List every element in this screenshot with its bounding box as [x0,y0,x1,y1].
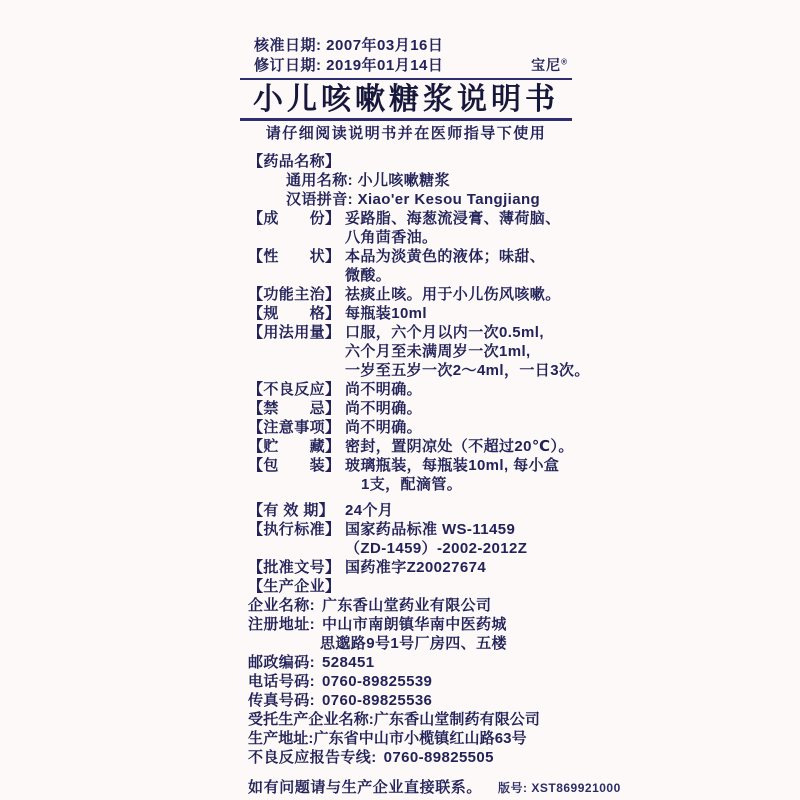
company-label: 注册地址: [248,616,315,633]
company-section: 企业名称:广东香山堂药业有限公司 注册地址:中山市南朗镇华南中医药城 思邈路9号… [240,596,572,767]
entries-section: 【药品名称】 通用名称: 小儿咳嗽糖浆 汉语拼音: Xiao'er Kesou … [240,152,572,596]
entry-row-ingredients-cont: 八角茴香油。 [248,228,572,247]
production-address-row: 生产地址:广东省中山市小榄镇红山路63号 [248,729,572,748]
entry-label: 【有 效 期】 [248,501,345,520]
company-value: 0760-89825536 [322,692,432,709]
entry-row-packaging: 【包 装】玻璃瓶装，每瓶装10ml, 每小盒 [248,456,572,475]
entry-row-manufacturer-header: 【生产企业】 [248,577,572,596]
entry-text: 尚不明确。 [345,418,422,437]
entry-text: 八角茴香油。 [345,228,437,247]
revised-date: 修订日期: 2019年01月14日 [254,56,572,76]
company-label: 受托生产企业名称: [248,711,374,728]
entry-row-standard-cont: （ZD-1459）-2002-2012Z [248,539,572,558]
entry-label: 【不良反应】 [248,380,345,399]
entry-text: 玻璃瓶装，每瓶装10ml, 每小盒 [345,456,559,475]
entry-row-contraindications: 【禁 忌】尚不明确。 [248,399,572,418]
entry-row-adverse-reactions: 【不良反应】尚不明确。 [248,380,572,399]
company-value: 广东香山堂药业有限公司 [322,597,491,614]
entry-text: 国家药品标准 WS-11459 [345,520,515,539]
company-name-row: 企业名称:广东香山堂药业有限公司 [248,596,572,615]
entry-text: 24个月 [345,501,393,520]
entry-label: 【注意事项】 [248,418,345,437]
contact-note: 如有问题请与生产企业直接联系。 [248,776,482,797]
divider-top [240,78,572,80]
entry-text: 尚不明确。 [345,380,422,399]
entry-row-dosage-cont2: 一岁至五岁一次2～4ml，一日3次。 [248,361,572,380]
entry-row-standard: 【执行标准】国家药品标准 WS-11459 [248,520,572,539]
entry-label: 【性 状】 [248,247,345,266]
brand-name: 宝尼 [531,57,561,73]
entry-label: 【成 份】 [248,209,345,228]
entry-label: 【贮 藏】 [248,437,345,456]
phone-row: 电话号码:0760-89825539 [248,672,572,691]
entry-label: 【药品名称】 [248,152,345,171]
company-value: 思邈路9号1号厂房四、五楼 [320,635,507,652]
entry-label: 【包 装】 [248,456,345,475]
entry-label: 【用法用量】 [248,323,345,342]
entry-row-ingredients: 【成 份】妥路脂、海葱流浸膏、薄荷脑、 [248,209,572,228]
entry-text: 1支，配滴管。 [361,475,462,494]
company-label: 邮政编码: [248,654,315,671]
entry-text: 微酸。 [345,266,391,285]
entry-label: 【禁 忌】 [248,399,345,418]
entry-row-dosage-cont1: 六个月至未满周岁一次1ml, [248,342,572,361]
registered-mark-icon: ® [561,57,568,66]
entry-row-description: 【性 状】本品为淡黄色的液体；味甜、 [248,247,572,266]
registered-address-cont-row: 思邈路9号1号厂房四、五楼 [248,634,572,653]
company-label: 传真号码: [248,692,315,709]
read-instruction-notice: 请仔细阅读说明书并在医师指导下使用 [240,121,572,147]
company-label: 生产地址: [248,730,314,747]
entry-label: 【执行标准】 [248,520,345,539]
entry-text: 本品为淡黄色的液体；味甜、 [345,247,545,266]
entry-text: 祛痰止咳。用于小儿伤风咳嗽。 [345,285,561,304]
company-label: 不良反应报告专线: [248,749,377,766]
entry-text: 六个月至未满周岁一次1ml, [345,342,531,361]
entry-row-indications: 【功能主治】祛痰止咳。用于小儿伤风咳嗽。 [248,285,572,304]
company-label: 企业名称: [248,597,315,614]
entry-row-drug-name: 【药品名称】 [248,152,572,171]
header-dates: 核准日期: 2007年03月16日 修订日期: 2019年01月14日 宝尼® [240,36,572,76]
company-value: 中山市南朗镇华南中医药城 [322,616,507,633]
leaflet-sheet: 核准日期: 2007年03月16日 修订日期: 2019年01月14日 宝尼® … [240,36,572,797]
entry-text: 汉语拼音: Xiao'er Kesou Tangjiang [286,190,540,209]
company-value: 0760-89825539 [322,673,432,690]
entry-row-precautions: 【注意事项】尚不明确。 [248,418,572,437]
entry-row-shelf-life: 【有 效 期】24个月 [248,501,572,520]
entry-row-storage: 【贮 藏】密封，置阴凉处（不超过20℃）。 [248,437,572,456]
registered-address-row: 注册地址:中山市南朗镇华南中医药城 [248,615,572,634]
brand-logo: 宝尼® [531,55,568,75]
entry-text: 一岁至五岁一次2～4ml，一日3次。 [345,361,590,380]
approved-date: 核准日期: 2007年03月16日 [254,36,572,56]
entrusted-manufacturer-row: 受托生产企业名称:广东香山堂制药有限公司 [248,710,572,729]
entry-row-packaging-cont: 1支，配滴管。 [248,475,572,494]
company-label: 电话号码: [248,673,315,690]
entry-text: 尚不明确。 [345,399,422,418]
entry-label: 【批准文号】 [248,558,345,577]
version-number: 版号: XST869921000 [498,779,621,796]
leaflet-page: 核准日期: 2007年03月16日 修订日期: 2019年01月14日 宝尼® … [0,0,800,800]
postal-code-row: 邮政编码:528451 [248,653,572,672]
adverse-reaction-hotline-row: 不良反应报告专线:0760-89825505 [248,748,572,767]
entry-row-generic-name: 通用名称: 小儿咳嗽糖浆 [248,171,572,190]
entry-text: 密封，置阴凉处（不超过20℃）。 [345,437,574,456]
entry-label: 【功能主治】 [248,285,345,304]
entry-row-approval-number: 【批准文号】国药准字Z20027674 [248,558,572,577]
entry-text: 每瓶装10ml [345,304,427,323]
company-value: 广东香山堂制药有限公司 [374,711,540,728]
company-value: 广东省中山市小榄镇红山路63号 [314,730,527,747]
footer: 如有问题请与生产企业直接联系。 版号: XST869921000 [240,776,572,797]
entry-text: 口服，六个月以内一次0.5ml, [345,323,544,342]
entry-row-pinyin: 汉语拼音: Xiao'er Kesou Tangjiang [248,190,572,209]
entry-row-dosage: 【用法用量】口服，六个月以内一次0.5ml, [248,323,572,342]
entry-label: 【生产企业】 [248,577,345,596]
entry-text: 通用名称: 小儿咳嗽糖浆 [286,171,450,190]
entry-label: 【规 格】 [248,304,345,323]
company-value: 528451 [322,654,374,671]
entry-text: 国药准字Z20027674 [345,558,486,577]
entry-row-description-cont: 微酸。 [248,266,572,285]
entry-row-specification: 【规 格】每瓶装10ml [248,304,572,323]
company-value: 0760-89825505 [384,749,494,766]
page-title: 小儿咳嗽糖浆说明书 [240,82,572,117]
entry-text: （ZD-1459）-2002-2012Z [345,539,527,558]
entry-text: 妥路脂、海葱流浸膏、薄荷脑、 [345,209,561,228]
fax-row: 传真号码:0760-89825536 [248,691,572,710]
